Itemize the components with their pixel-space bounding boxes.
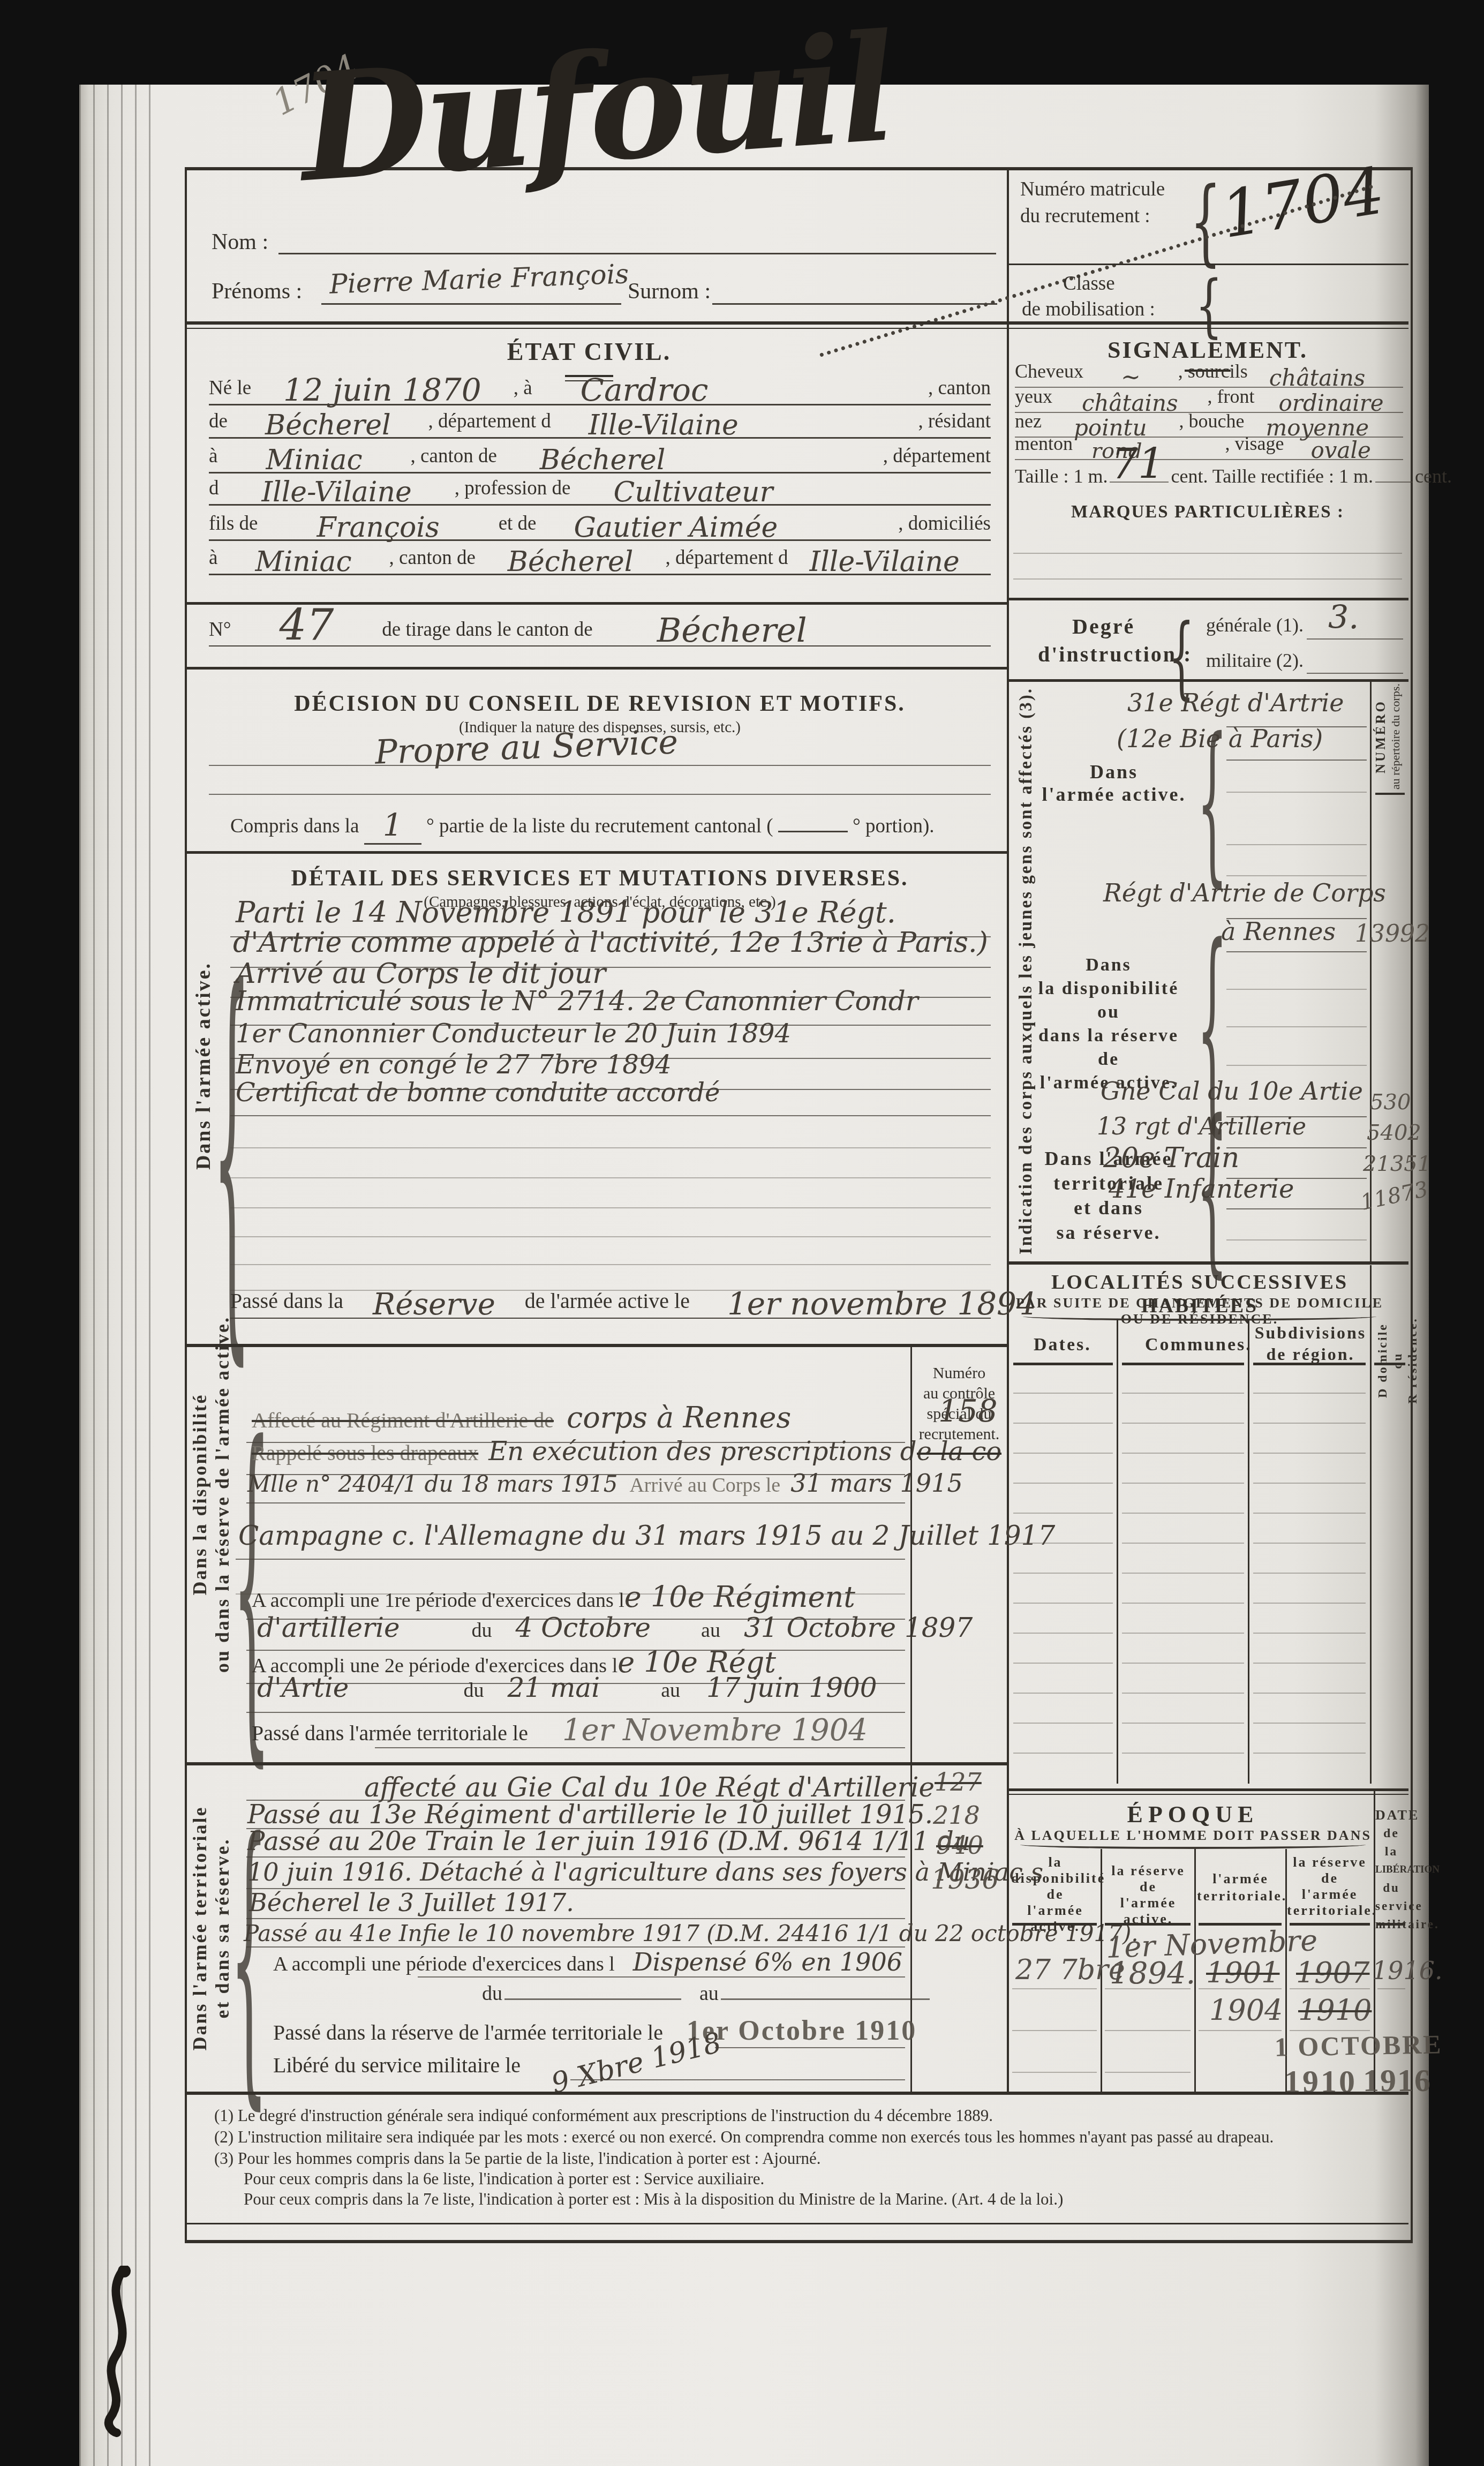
- tirage-canton-value: Bécherel: [657, 611, 807, 650]
- repertoire-h2: au répertoire du corps.: [1389, 683, 1403, 790]
- periode1-corps-hw: d'artillerie: [257, 1612, 400, 1643]
- terr-line-4: 10 juin 1916. Détaché à l'agriculture da…: [247, 1858, 1043, 1886]
- terr-num-1: 127: [935, 1768, 982, 1796]
- localites-empty-row: [1013, 1753, 1113, 1754]
- arrive-corps-date-hw: 31 mars 1915: [790, 1469, 962, 1498]
- libere-line: Libéré du service militaire le 9 Xbre 19…: [273, 2047, 723, 2079]
- passe-reserve-row: Passé dans la Réserve de l'armée active …: [230, 1269, 991, 1319]
- localites-empty-row: [1253, 1453, 1366, 1454]
- epoque-date-l4: du service: [1375, 1879, 1407, 1915]
- localites-col-divider-1: [1117, 1319, 1118, 1784]
- service-rule-7: [230, 1115, 991, 1116]
- service-blank-2: [230, 1177, 991, 1178]
- taille-cent-label: cent.: [1415, 465, 1452, 487]
- dispo-line-3: Mlle n° 2404/1 du 18 mars 1915 Arrivé au…: [247, 1469, 963, 1498]
- sig-row-3: nez pointu , bouche moyenne: [1015, 412, 1403, 438]
- epoque-row-1a: [1012, 1988, 1097, 1989]
- terr-line-5: Bécherel le 3 Juillet 1917.: [249, 1888, 574, 1917]
- footnote-1: (1) Le degré d'instruction générale sera…: [214, 2106, 1392, 2125]
- repertoire-header-rule: [1375, 793, 1405, 795]
- passe-dans-la-label: Passé dans la: [230, 1288, 343, 1318]
- compris-label-b: ° partie de la liste du recrutement cant…: [426, 815, 773, 837]
- localites-empty-row: [1122, 1573, 1244, 1574]
- armee-active-side-label: Dans l'armée active.: [192, 884, 215, 1248]
- controle-header-rule: [917, 1453, 1001, 1455]
- compris-value: 1: [364, 807, 421, 845]
- main-column-divider: [1007, 167, 1009, 2094]
- book-spine-edges: [79, 85, 154, 2466]
- periode2b-line: d'Artie du 21 mai au 17 juin 1900: [257, 1672, 877, 1703]
- localites-empty-row: [1122, 1633, 1244, 1634]
- terr-num-3: 940: [936, 1831, 983, 1860]
- epoque-v4b: 1910: [1298, 1994, 1372, 2027]
- localites-col2-header: Communes.: [1145, 1335, 1252, 1355]
- localites-col3b: de région.: [1252, 1343, 1369, 1365]
- passe-territoriale-rule: [375, 1747, 905, 1748]
- services-bottom-rule: [187, 1344, 1007, 1347]
- epoque-row-1b: [1105, 1988, 1191, 1989]
- stamp-1-octobre: 1 OCTOBRE: [1275, 2028, 1443, 2062]
- repertoire-column-header: NUMÉRO au répertoire du corps.: [1374, 683, 1403, 790]
- epoque-c1d: l'armée active.: [1011, 1903, 1099, 1935]
- service-line-6: Envoyé en congé le 27 7bre 1894: [236, 1050, 672, 1080]
- localites-empty-row: [1013, 1513, 1113, 1514]
- corps-terr-rule-5: [1226, 1239, 1367, 1240]
- dispo-line-1: Affecté au Régiment d'Artillerie de corp…: [252, 1401, 791, 1434]
- libere-printed: Libéré du service militaire le: [273, 2053, 521, 2077]
- localites-empty-row: [1013, 1423, 1113, 1424]
- service-line-1: Parti le 14 Novembre 1891 pour le 31e Ré…: [236, 896, 896, 929]
- etat-civil-row-6: à Miniac , canton de Bécherel , départem…: [209, 527, 991, 575]
- localites-empty-row: [1122, 1693, 1244, 1694]
- affecte-regiment-hw: corps à Rennes: [567, 1401, 791, 1434]
- epoque-row-2b: [1105, 2030, 1191, 2031]
- scanned-register-page: 1704 Dufouil Nom : Prénoms : Pierre Mari…: [0, 0, 1484, 2466]
- epoque-header-rule-1: [1012, 1923, 1097, 1926]
- service-line-5: 1er Canonnier Conducteur le 20 Juin 1894: [236, 1019, 791, 1049]
- terr-exercices-line: A accompli une période d'exercices dans …: [273, 1948, 902, 1976]
- corps-active-rule-4: [1226, 844, 1367, 845]
- localites-empty-row: [1253, 1753, 1366, 1754]
- compris-row: Compris dans la 1 ° partie de la liste d…: [230, 803, 935, 841]
- corps-terr-num-2: 5402: [1367, 1121, 1421, 1145]
- epoque-c1b: disponibilité: [1011, 1870, 1099, 1886]
- localites-empty-row: [1013, 1453, 1113, 1454]
- dispo-line-2: Rappelé sous les drapeaux En exécution d…: [252, 1437, 1001, 1467]
- localites-top-rule: [1009, 1261, 1408, 1265]
- tirage-number-value: 47: [280, 600, 334, 650]
- epoque-c4c: l'armée: [1287, 1886, 1373, 1903]
- localites-empty-row: [1013, 1663, 1113, 1664]
- terr-line-3: Passé au 20e Train le 1er juin 1916 (D.M…: [247, 1826, 970, 1856]
- service-blank-1: [230, 1147, 991, 1148]
- localites-empty-row: [1122, 1393, 1244, 1394]
- service-blank-4: [230, 1236, 991, 1237]
- campagne-line: Campagne c. l'Allemagne du 31 mars 1915 …: [238, 1520, 1055, 1551]
- corps-active-l1: Dans: [1039, 761, 1189, 783]
- localites-empty-row: [1253, 1483, 1366, 1484]
- localites-empty-row: [1122, 1723, 1244, 1724]
- header-heavy-rule-2: [187, 328, 1408, 329]
- classe-label-1: Classe: [1063, 272, 1115, 295]
- passe-territoriale-value: 1er Novembre 1904: [562, 1713, 868, 1748]
- dispo-side-label: Dans la disponibilité ou dans la réserve…: [189, 1285, 233, 1703]
- sig-row-1: Cheveux ~ , sourcils châtains: [1015, 361, 1403, 388]
- epoque-c4b: de: [1287, 1870, 1373, 1886]
- epoque-top-rule-2: [1009, 1794, 1408, 1795]
- footnote-3: (3) Pour les hommes compris dans la 5e p…: [214, 2149, 1392, 2168]
- corps-active-rule-2: [1226, 760, 1367, 761]
- prenoms-label: Prénoms :: [212, 279, 302, 304]
- generale-label: générale (1).: [1206, 614, 1304, 636]
- corps-active-l2: l'armée active.: [1039, 783, 1189, 806]
- departement-d-label: , département d: [666, 546, 788, 574]
- generale-value: 3.: [1328, 599, 1359, 636]
- compris-label-a: Compris dans la: [230, 815, 359, 837]
- terr-exercices-rule: [418, 1976, 905, 1978]
- epoque-row-3b: [1105, 2072, 1191, 2073]
- localites-col3-header: Subdivisions de région.: [1252, 1322, 1369, 1365]
- canton-de2-label: , canton de: [389, 546, 476, 574]
- yeux-label: yeux: [1015, 385, 1052, 412]
- tirage-canton-label: de tirage dans le canton de: [382, 618, 592, 645]
- localites-empty-row: [1122, 1543, 1244, 1544]
- tirage-bottom-rule: [187, 667, 1007, 670]
- periode2-au-value: 17 juin 1900: [706, 1672, 877, 1703]
- localites-side-header: D domicile ou R résidence.: [1375, 1315, 1420, 1406]
- portion-blank: [778, 831, 848, 832]
- epoque-row-1d: [1290, 1988, 1370, 1989]
- corps-terr-1: Gne Cal du 10e Artie: [1101, 1077, 1363, 1106]
- epoque-col2-header: la réserve de l'armée active.: [1103, 1863, 1193, 1927]
- controle-column-divider: [910, 1347, 912, 2092]
- corps-dispo-l1: la disponibilité: [1020, 977, 1197, 1001]
- domicile-canton-value: Bécherel: [508, 546, 634, 578]
- corps-terr-rule-4: [1226, 1208, 1367, 1209]
- epoque-col3-header-real: l'armée territoriale.: [1197, 1870, 1284, 1905]
- corps-terr-3: 20e Train: [1103, 1142, 1239, 1174]
- epoque-v2: 1894.: [1110, 1956, 1195, 1991]
- rappele-drapeaux-printed: Rappelé sous les drapeaux: [252, 1441, 478, 1465]
- matricule-label-2: du recrutement :: [1020, 205, 1150, 228]
- terr-au-label: au: [699, 1982, 719, 2005]
- localites-col-divider-2: [1248, 1319, 1249, 1784]
- taille-label: Taille : 1 m.: [1015, 465, 1108, 487]
- epoque-c2c: l'armée active.: [1103, 1895, 1193, 1927]
- corps-terr-2: 13 rgt d'Artillerie: [1097, 1113, 1306, 1140]
- localites-empty-row: [1253, 1573, 1366, 1574]
- localites-empty-row: [1013, 1603, 1113, 1604]
- periode2-du: du: [463, 1679, 484, 1702]
- localites-empty-row: [1253, 1513, 1366, 1514]
- footnote-2: (2) L'instruction militaire sera indiqué…: [214, 2127, 1403, 2147]
- nom-label: Nom :: [212, 229, 268, 255]
- localites-col1-header: Dates.: [1034, 1335, 1091, 1355]
- periode2-corps-hw: d'Artie: [257, 1672, 349, 1703]
- epoque-c4a: la réserve: [1287, 1854, 1373, 1870]
- ink-blot: [86, 2266, 155, 2437]
- terr-reserve-rule: [715, 2047, 905, 2048]
- footnote-4: Pour ceux compris dans la 6e liste, l'in…: [244, 2169, 1395, 2189]
- epoque-title: ÉPOQUE: [1012, 1801, 1374, 1828]
- corps-dispo-label: Dans la disponibilité ou dans la réserve…: [1020, 953, 1197, 1095]
- localites-col3a: Subdivisions: [1252, 1322, 1369, 1343]
- degre-label-1: Degré: [1072, 614, 1135, 639]
- terr-exercices-hw: Dispensé 6% en 1906: [633, 1948, 902, 1976]
- epoque-row-2c: [1199, 2030, 1282, 2031]
- dispo-rule-3: [246, 1502, 905, 1503]
- militaire-rule: [1307, 673, 1403, 674]
- corps-dispo-rule-3: [1226, 989, 1367, 990]
- corps-terr-l3: sa réserve.: [1020, 1220, 1197, 1245]
- prenoms-rule: [321, 303, 621, 305]
- periode1-line: A accompli une 1re période d'exercices d…: [252, 1580, 855, 1614]
- periode1-du-value: 4 Octobre: [516, 1612, 651, 1643]
- periode1b-line: d'artillerie du 4 Octobre au 31 Octobre …: [257, 1612, 973, 1643]
- corps-dispo-l4: de: [1020, 1048, 1197, 1071]
- passe-territoriale-line: Passé dans l'armée territoriale le 1er N…: [252, 1713, 868, 1748]
- header-heavy-rule: [187, 321, 1408, 325]
- terr-side-label-1: Dans l'armée territoriale: [189, 1778, 211, 2078]
- epoque-date-l2: de la: [1375, 1824, 1407, 1861]
- epoque-header-rule-5: [1377, 1923, 1405, 1926]
- terr-reserve-stamp-value: 1er Octobre 1910: [687, 2016, 917, 2046]
- localites-empty-row: [1253, 1633, 1366, 1634]
- nom-rule: [278, 253, 996, 254]
- corps-dispo-2: à Rennes: [1221, 917, 1336, 946]
- corps-dispo-rule-2: [1226, 951, 1367, 952]
- taille-rect-blank: [1375, 482, 1413, 483]
- epoque-top-rule: [1009, 1788, 1408, 1791]
- domicile-value: Miniac: [255, 546, 351, 578]
- periode1-du: du: [472, 1619, 492, 1642]
- surnom-label: Surnom :: [628, 279, 711, 304]
- epoque-v4a: 1907: [1296, 1956, 1369, 1990]
- terr-reserve-printed: Passé dans la réserve de l'armée territo…: [273, 2020, 663, 2044]
- marques-blank-2: [1013, 578, 1402, 580]
- service-line-7: Certificat de bonne conduite accordé: [236, 1078, 720, 1108]
- epoque-row-1c: [1199, 1988, 1282, 1989]
- decision-bottom-rule: [187, 851, 1007, 854]
- controle-value: 158: [938, 1393, 998, 1429]
- terr-rule-5: [246, 1918, 905, 1919]
- localites-empty-row: [1122, 1663, 1244, 1664]
- localites-empty-row: [1253, 1723, 1366, 1724]
- epoque-date-l3: LIBÉRATION: [1375, 1861, 1407, 1879]
- localites-side-l1: D domicile ou: [1375, 1315, 1405, 1406]
- visage-value: ovale: [1311, 437, 1371, 463]
- classe-divider: [1009, 264, 1408, 265]
- marques-title: MARQUES PARTICULIÈRES :: [1012, 502, 1403, 522]
- tirage-row: N° 47 de tirage dans le canton de Bécher…: [209, 596, 991, 646]
- epoque-c3a: l'armée: [1197, 1870, 1284, 1888]
- periode1-au-value: 31 Octobre 1897: [744, 1612, 973, 1643]
- dispo-side-label-1: Dans la disponibilité: [189, 1285, 211, 1703]
- epoque-c1c: de: [1011, 1886, 1099, 1903]
- localites-empty-row: [1013, 1573, 1113, 1574]
- repertoire-h1: NUMÉRO: [1374, 683, 1389, 790]
- localites-empty-row: [1253, 1663, 1366, 1664]
- epoque-c3b: territoriale.: [1197, 1888, 1284, 1905]
- dispo-rule-4: [236, 1559, 905, 1560]
- localites-empty-row: [1122, 1513, 1244, 1514]
- corps-terr-num-1: 530: [1370, 1090, 1411, 1115]
- terr-exercices-printed: A accompli une période d'exercices dans …: [273, 1953, 615, 1975]
- epoque-date-l1: DATE: [1375, 1806, 1407, 1824]
- localites-empty-row: [1122, 1603, 1244, 1604]
- militaire-label: militaire (2).: [1206, 649, 1304, 672]
- localites-side-l2: R résidence.: [1405, 1315, 1420, 1406]
- localites-header-rule-2: [1122, 1363, 1244, 1365]
- periode1-hw: e 10e Régiment: [624, 1580, 855, 1614]
- corps-active-label: Dans l'armée active.: [1039, 761, 1189, 806]
- services-title: DÉTAIL DES SERVICES ET MUTATIONS DIVERSE…: [225, 866, 975, 891]
- content-bottom-rule: [187, 2092, 1408, 2095]
- classe-brace: {: [1195, 266, 1223, 345]
- terr-au-blank: [721, 1998, 930, 2000]
- controle-h1: Numéro: [913, 1363, 1005, 1384]
- terr-du-au-line: du au: [482, 1982, 930, 2005]
- epoque-v3b: 1904: [1209, 1994, 1283, 2027]
- periode1-au: au: [701, 1619, 720, 1642]
- epoque-c2b: de: [1103, 1879, 1193, 1895]
- classe-label-2: de mobilisation :: [1022, 298, 1155, 321]
- epoque-row-2a: [1012, 2030, 1097, 2031]
- taille-rectifiee-label: cent. Taille rectifiée : 1 m.: [1171, 465, 1373, 487]
- decision-title: DÉCISION DU CONSEIL DE REVISION ET MOTIF…: [225, 691, 975, 717]
- corps-active-1: 31e Régt d'Artrie: [1127, 688, 1344, 717]
- epoque-subtitle: À LAQUELLE L'HOMME DOIT PASSER DANS: [1012, 1828, 1374, 1844]
- footnote-5: Pour ceux compris dans la 7e liste, l'in…: [244, 2190, 1395, 2209]
- decision-rule-1: [209, 765, 991, 766]
- localites-empty-row: [1122, 1423, 1244, 1424]
- corps-dispo-1: Régt d'Artrie de Corps: [1103, 878, 1386, 907]
- corps-dispo-l2: ou: [1020, 1001, 1197, 1024]
- affecte-regiment-printed: Affecté au Régiment d'Artillerie de: [252, 1408, 554, 1432]
- localites-header-rule-3: [1253, 1363, 1366, 1365]
- epoque-v1: 27 7bre: [1015, 1954, 1125, 1986]
- service-blank-3: [230, 1207, 991, 1208]
- service-line-3: Arrivé au Corps le dit jour: [236, 958, 606, 990]
- epoque-v3a: 1901: [1206, 1956, 1279, 1990]
- corps-active-2: (12e Bie à Paris): [1117, 724, 1323, 753]
- corps-active-rule-3: [1226, 792, 1367, 793]
- cheveux-label: Cheveux: [1015, 360, 1083, 387]
- periode2-du-value: 21 mai: [507, 1672, 600, 1703]
- localites-empty-row: [1253, 1423, 1366, 1424]
- localites-col-divider-3: [1370, 1265, 1372, 1784]
- taille-row: Taille : 1 m. cent. Taille rectifiée : 1…: [1015, 465, 1452, 487]
- circulaire-ref-hw: Mlle n° 2404/1 du 18 mars 1915: [247, 1471, 617, 1497]
- localites-empty-row: [1013, 1723, 1113, 1724]
- degre-bottom-rule: [1009, 679, 1408, 682]
- arrive-corps-printed: Arrivé au Corps le: [629, 1474, 780, 1497]
- epoque-row-1e: [1377, 1988, 1405, 1989]
- epoque-header-rule-2: [1105, 1923, 1191, 1926]
- localites-empty-row: [1253, 1543, 1366, 1544]
- epoque-vdate: 1916.: [1372, 1956, 1443, 1985]
- epoque-c2a: la réserve: [1103, 1863, 1193, 1879]
- terr-line-2: Passé au 13e Régiment d'artillerie le 10…: [247, 1800, 933, 1830]
- epoque-c1a: la: [1011, 1854, 1099, 1870]
- libere-rule: [570, 2079, 905, 2080]
- service-line-4: Immatriculé sous le N° 2714. 2e Canonnie…: [236, 986, 918, 1017]
- corps-dispo-l0: Dans: [1020, 953, 1197, 977]
- terr-num-4: 1936: [931, 1864, 999, 1895]
- localites-empty-row: [1253, 1393, 1366, 1394]
- matricule-label-1: Numéro matricule: [1020, 178, 1165, 201]
- terr-side-label: Dans l'armée territoriale et dans sa rés…: [189, 1778, 233, 2078]
- taille-value: 71: [1111, 440, 1164, 488]
- corps-terr-4: 41e Infanterie: [1109, 1174, 1294, 1204]
- terr-du-label: du: [482, 1982, 502, 2005]
- terr-line-1: affecté au Gie Cal du 10e Régt d'Artille…: [364, 1772, 935, 1803]
- localites-empty-row: [1122, 1483, 1244, 1484]
- epoque-col4-header: la réserve de l'armée territoriale.: [1287, 1854, 1373, 1919]
- decision-rule-2: [209, 794, 991, 795]
- corps-terr-num-3: 21351: [1363, 1152, 1431, 1176]
- compris-label-c: ° portion).: [853, 815, 935, 837]
- generale-rule: [1307, 638, 1403, 640]
- corps-dispo-rule-5: [1226, 1065, 1367, 1066]
- localites-empty-row: [1013, 1483, 1113, 1484]
- localites-empty-row: [1013, 1393, 1113, 1394]
- marques-blank-1: [1013, 553, 1402, 554]
- corps-active-rule-5: [1226, 875, 1367, 876]
- localites-empty-row: [1013, 1633, 1113, 1634]
- corps-dispo-rule-4: [1226, 1026, 1367, 1027]
- localites-empty-row: [1122, 1753, 1244, 1754]
- sig-row-2: yeux châtains , front ordinaire: [1015, 387, 1403, 413]
- localites-empty-row: [1013, 1543, 1113, 1544]
- sourcils-label: , sourcils: [1178, 360, 1248, 387]
- surnom-rule: [712, 303, 997, 305]
- localites-empty-row: [1013, 1693, 1113, 1694]
- corps-dispo-l3: dans la réserve: [1020, 1024, 1197, 1048]
- corps-terr-rule-2: [1226, 1147, 1367, 1148]
- epoque-row-3a: [1012, 2072, 1097, 2073]
- passe-reserve-value: Réserve: [373, 1287, 495, 1322]
- terr-line-6: Passé au 41e Infie le 10 novembre 1917 (…: [244, 1920, 1139, 1946]
- a3-label: à: [209, 546, 217, 574]
- corps-dispo-num: 13992: [1355, 920, 1430, 948]
- periode1-printed: A accompli une 1re période d'exercices d…: [252, 1589, 624, 1612]
- domicile-departement-value: Ille-Vilaine: [810, 546, 960, 578]
- terr-reserve-line: Passé dans la réserve de l'armée territo…: [273, 2015, 917, 2047]
- dispo-side-label-2: ou dans la réserve de l'armée active.: [211, 1285, 233, 1703]
- localites-empty-row: [1122, 1453, 1244, 1454]
- periode2-au: au: [661, 1679, 680, 1702]
- passe-territoriale-printed: Passé dans l'armée territoriale le: [252, 1721, 528, 1745]
- service-line-2: d'Artrie comme appelé à l'activité, 12e …: [233, 927, 988, 959]
- sig-row-4: menton rond , visage ovale: [1015, 437, 1403, 460]
- localites-header-rule-4: [1374, 1363, 1405, 1365]
- menton-label: menton: [1015, 432, 1073, 459]
- localites-empty-row: [1253, 1603, 1366, 1604]
- passe-reserve-date-value: 1er novembre 1894: [727, 1285, 1036, 1322]
- localites-empty-row: [1253, 1693, 1366, 1694]
- form-inner-bottom-rule: [187, 2223, 1408, 2224]
- numero-tirage-label: N°: [209, 618, 231, 645]
- armee-active-le-label: de l'armée active le: [525, 1288, 690, 1318]
- localites-header-rule-1: [1013, 1363, 1113, 1365]
- terr-du-blank: [504, 1998, 681, 2000]
- service-blank-5: [230, 1264, 991, 1265]
- epoque-c4d: territoriale.: [1287, 1903, 1373, 1919]
- dispo-bottom-rule: [187, 1762, 1007, 1765]
- visage-label: , visage: [1225, 432, 1284, 459]
- epoque-date-header: DATE de la LIBÉRATION du service militai…: [1375, 1806, 1407, 1934]
